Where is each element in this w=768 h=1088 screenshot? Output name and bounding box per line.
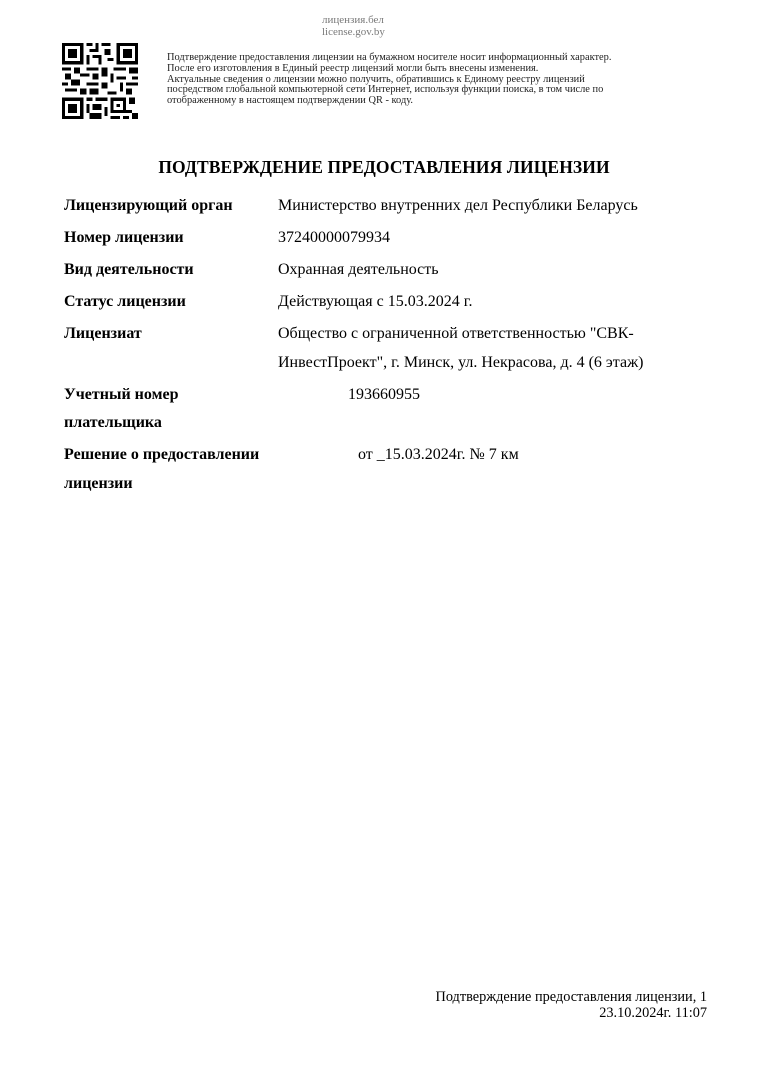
field-label: Учетный номер плательщика	[64, 381, 348, 438]
notice-line: После его изготовления в Единый реестр л…	[167, 64, 737, 75]
field-value: 37240000079934	[278, 224, 724, 253]
field-value: от _15.03.2024г. № 7 км	[358, 441, 724, 498]
field-label: Лицензирующий орган	[64, 192, 278, 221]
field-value: Действующая с 15.03.2024 г.	[278, 288, 724, 317]
document-title: ПОДТВЕРЖДЕНИЕ ПРЕДОСТАВЛЕНИЯ ЛИЦЕНЗИИ	[0, 157, 768, 178]
row-activity-type: Вид деятельности Охранная деятельность	[64, 256, 724, 285]
field-label: Вид деятельности	[64, 256, 278, 285]
footer-page-caption: Подтверждение предоставления лицензии, 1	[436, 989, 708, 1005]
site-en: license.gov.by	[322, 26, 385, 38]
field-value: 193660955	[348, 381, 724, 438]
row-licensee: Лицензиат Общество с ограниченной ответс…	[64, 320, 724, 377]
row-license-number: Номер лицензии 37240000079934	[64, 224, 724, 253]
license-details: Лицензирующий орган Министерство внутрен…	[64, 192, 724, 502]
field-value: Охранная деятельность	[278, 256, 724, 285]
row-license-decision: Решение о предоставлении лицензии от _15…	[64, 441, 724, 498]
page-footer: Подтверждение предоставления лицензии, 1…	[436, 989, 708, 1021]
row-licensing-authority: Лицензирующий орган Министерство внутрен…	[64, 192, 724, 221]
qr-code-icon	[62, 43, 138, 119]
field-label: Решение о предоставлении лицензии	[64, 441, 358, 498]
field-value: Министерство внутренних дел Республики Б…	[278, 192, 724, 221]
site-ru: лицензия.бел	[322, 14, 385, 26]
notice-line: отображенному в настоящем подтверждении …	[167, 96, 737, 107]
field-label: Лицензиат	[64, 320, 278, 377]
field-value: Общество с ограниченной ответственностью…	[278, 320, 724, 377]
field-label: Номер лицензии	[64, 224, 278, 253]
footer-timestamp: 23.10.2024г. 11:07	[436, 1005, 708, 1021]
field-label: Статус лицензии	[64, 288, 278, 317]
row-taxpayer-number: Учетный номер плательщика 193660955	[64, 381, 724, 438]
row-license-status: Статус лицензии Действующая с 15.03.2024…	[64, 288, 724, 317]
site-address: лицензия.бел license.gov.by	[322, 14, 385, 38]
information-notice: Подтверждение предоставления лицензии на…	[167, 53, 737, 107]
